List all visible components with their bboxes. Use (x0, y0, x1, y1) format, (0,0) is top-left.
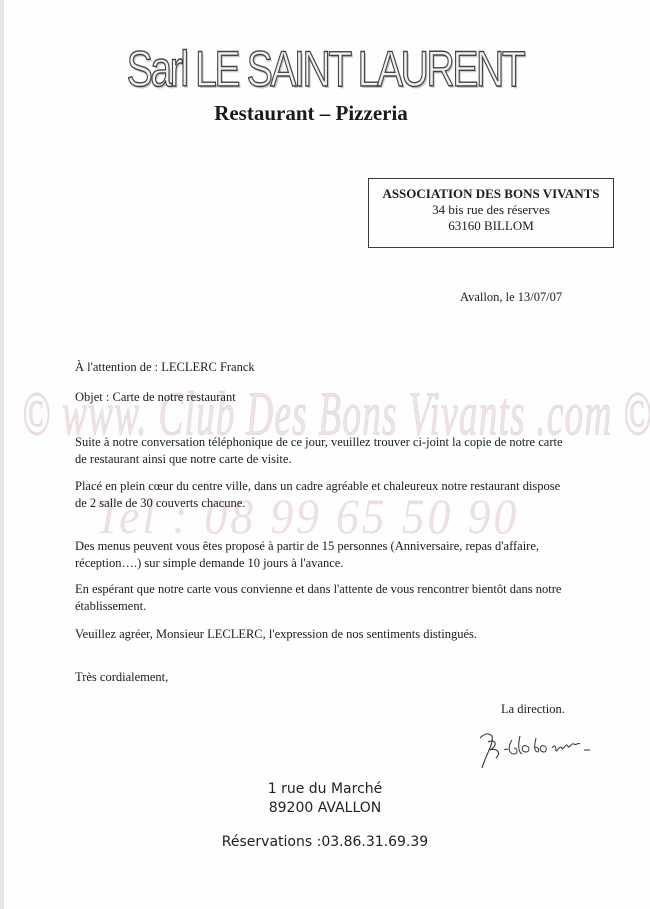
recipient-organization: ASSOCIATION DES BONS VIVANTS (369, 186, 613, 202)
recipient-address-box: ASSOCIATION DES BONS VIVANTS 34 bis rue … (368, 178, 614, 248)
company-subtitle-text: Restaurant – Pizzeria (214, 101, 408, 125)
attention-line: À l'attention de : LECLERC Franck (75, 359, 575, 376)
paragraph-2: Placé en plein cœur du centre ville, dan… (75, 478, 575, 511)
footer-city: 89200 AVALLON (0, 800, 650, 816)
date-line: Avallon, le 13/07/07 (460, 290, 562, 305)
closing-line: Très cordialement, (75, 669, 575, 686)
paragraph-4: En espérant que notre carte vous convien… (75, 581, 575, 614)
subject-line: Objet : Carte de notre restaurant (75, 389, 575, 406)
letter-page: © www. Club Des Bons Vivants .com © Tel … (0, 0, 650, 909)
company-name: Sarl LE SAINT LAURENT (72, 40, 579, 98)
company-subtitle: Restaurant – Pizzeria (0, 101, 650, 126)
recipient-street: 34 bis rue des réserves (369, 202, 613, 218)
recipient-city: 63160 BILLOM (369, 218, 613, 234)
signatory: La direction. (501, 701, 621, 718)
paragraph-1: Suite à notre conversation téléphonique … (75, 434, 575, 467)
handwritten-signature (474, 724, 614, 772)
paragraph-5: Veuillez agréer, Monsieur LECLERC, l'exp… (75, 626, 575, 643)
footer-reservations: Réservations :03.86.31.69.39 (0, 834, 650, 850)
paragraph-3: Des menus peuvent vous êtes proposé à pa… (75, 538, 575, 571)
scan-edge (0, 0, 4, 909)
footer-street: 1 rue du Marché (0, 781, 650, 797)
